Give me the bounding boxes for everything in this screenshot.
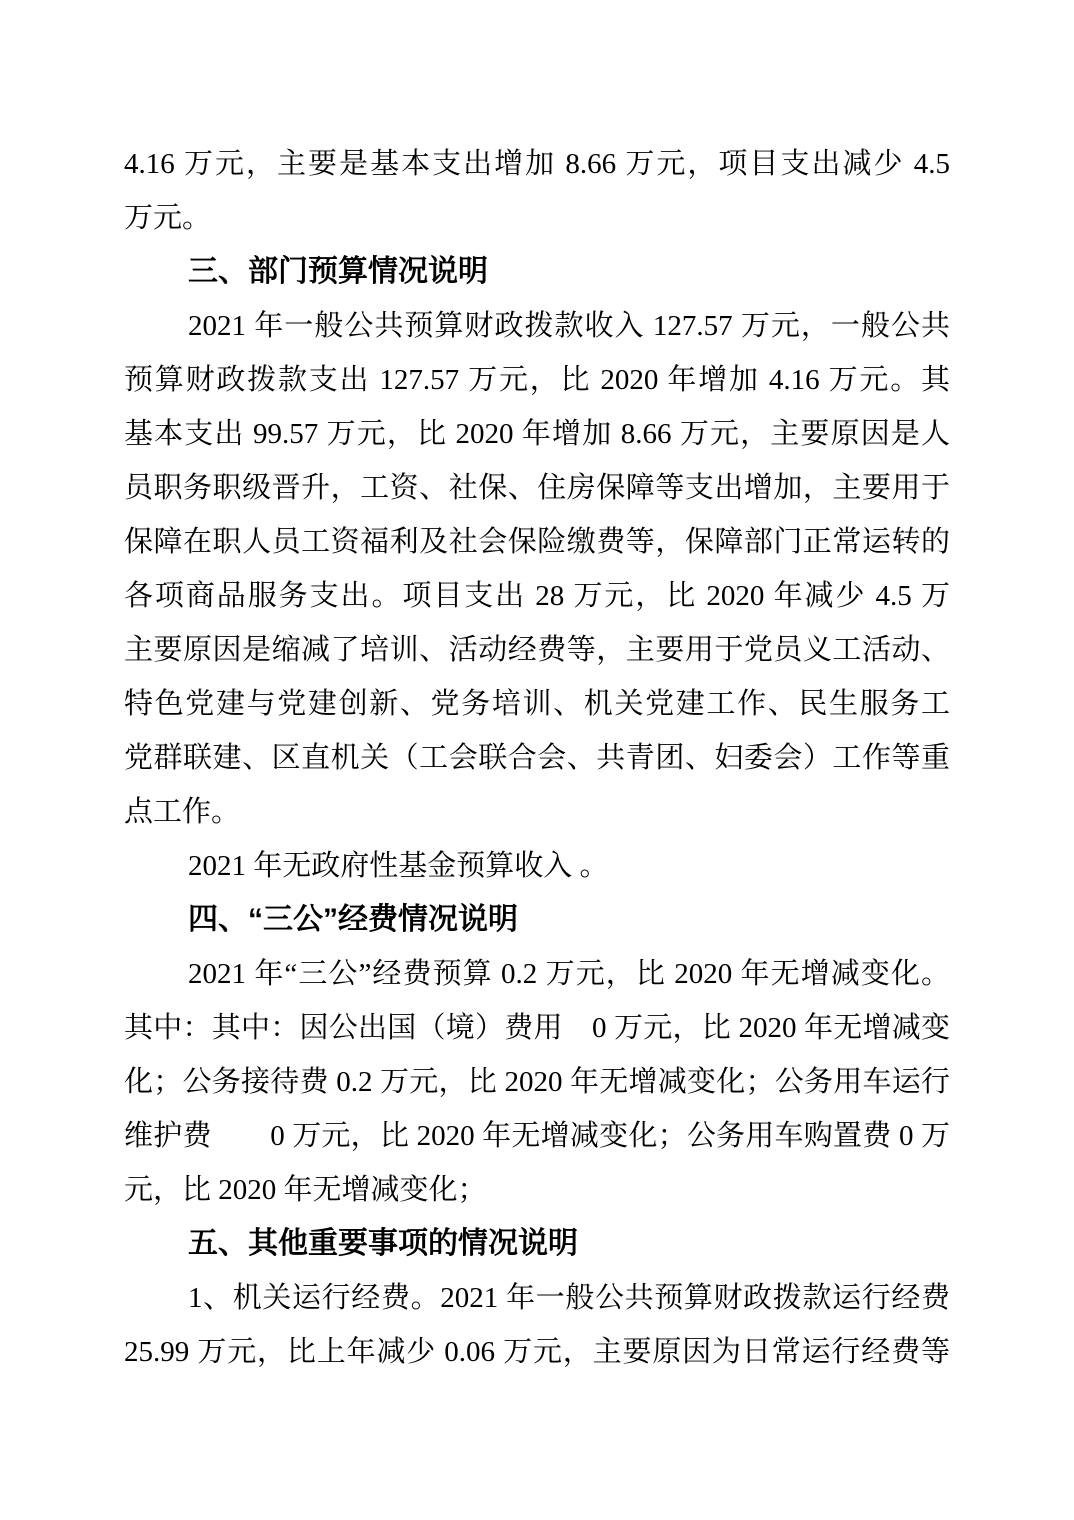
body-line: 各项商品服务支出。项目支出 28 万元，比 2020 年减少 4.5 万元， <box>124 569 950 623</box>
body-line: 保障在职人员工资福利及社会保险缴费等，保障部门正常运转的 <box>124 515 950 569</box>
body-line: 点工作。 <box>124 785 950 839</box>
body-line: 主要原因是缩减了培训、活动经费等，主要用于党员义工活动、 <box>124 623 950 677</box>
body-line: 基本支出 99.57 万元，比 2020 年增加 8.66 万元，主要原因是人 <box>124 407 950 461</box>
body-line: 化；公务接待费 0.2 万元，比 2020 年无增减变化；公务用车运行 <box>124 1055 950 1109</box>
body-line: 员职务职级晋升，工资、社保、住房保障等支出增加，主要用于 <box>124 461 950 515</box>
section-heading-3: 三、部门预算情况说明 <box>124 245 950 299</box>
body-line: 预算财政拨款支出 127.57 万元，比 2020 年增加 4.16 万元。其中… <box>124 353 950 407</box>
section-heading-4: 四、“三公”经费情况说明 <box>124 893 950 947</box>
document-page: 4.16 万元，主要是基本支出增加 8.66 万元，项目支出减少 4.5 万元。… <box>0 0 1074 1520</box>
body-line: 其中：其中：因公出国（境）费用 0 万元，比 2020 年无增减变 <box>124 1001 950 1055</box>
section-heading-5: 五、其他重要事项的情况说明 <box>124 1217 950 1271</box>
body-line: 2021 年无政府性基金预算收入 。 <box>124 839 950 893</box>
body-line: 2021 年一般公共预算财政拨款收入 127.57 万元，一般公共 <box>124 299 950 353</box>
body-line: 特色党建与党建创新、党务培训、机关党建工作、民生服务工作、 <box>124 677 950 731</box>
body-line: 万元。 <box>124 191 950 245</box>
body-line: 1、机关运行经费。2021 年一般公共预算财政拨款运行经费 <box>124 1271 950 1325</box>
document-body: 4.16 万元，主要是基本支出增加 8.66 万元，项目支出减少 4.5 万元。… <box>124 137 950 1379</box>
body-line: 4.16 万元，主要是基本支出增加 8.66 万元，项目支出减少 4.5 <box>124 137 950 191</box>
body-line: 25.99 万元，比上年减少 0.06 万元，主要原因为日常运行经费等 <box>124 1325 950 1379</box>
body-line: 2021 年“三公”经费预算 0.2 万元，比 2020 年无增减变化。 <box>124 947 950 1001</box>
body-line: 党群联建、区直机关（工会联合会、共青团、妇委会）工作等重 <box>124 731 950 785</box>
body-line: 元，比 2020 年无增减变化； <box>124 1163 950 1217</box>
body-line: 维护费 0 万元，比 2020 年无增减变化；公务用车购置费 0 万 <box>124 1109 950 1163</box>
